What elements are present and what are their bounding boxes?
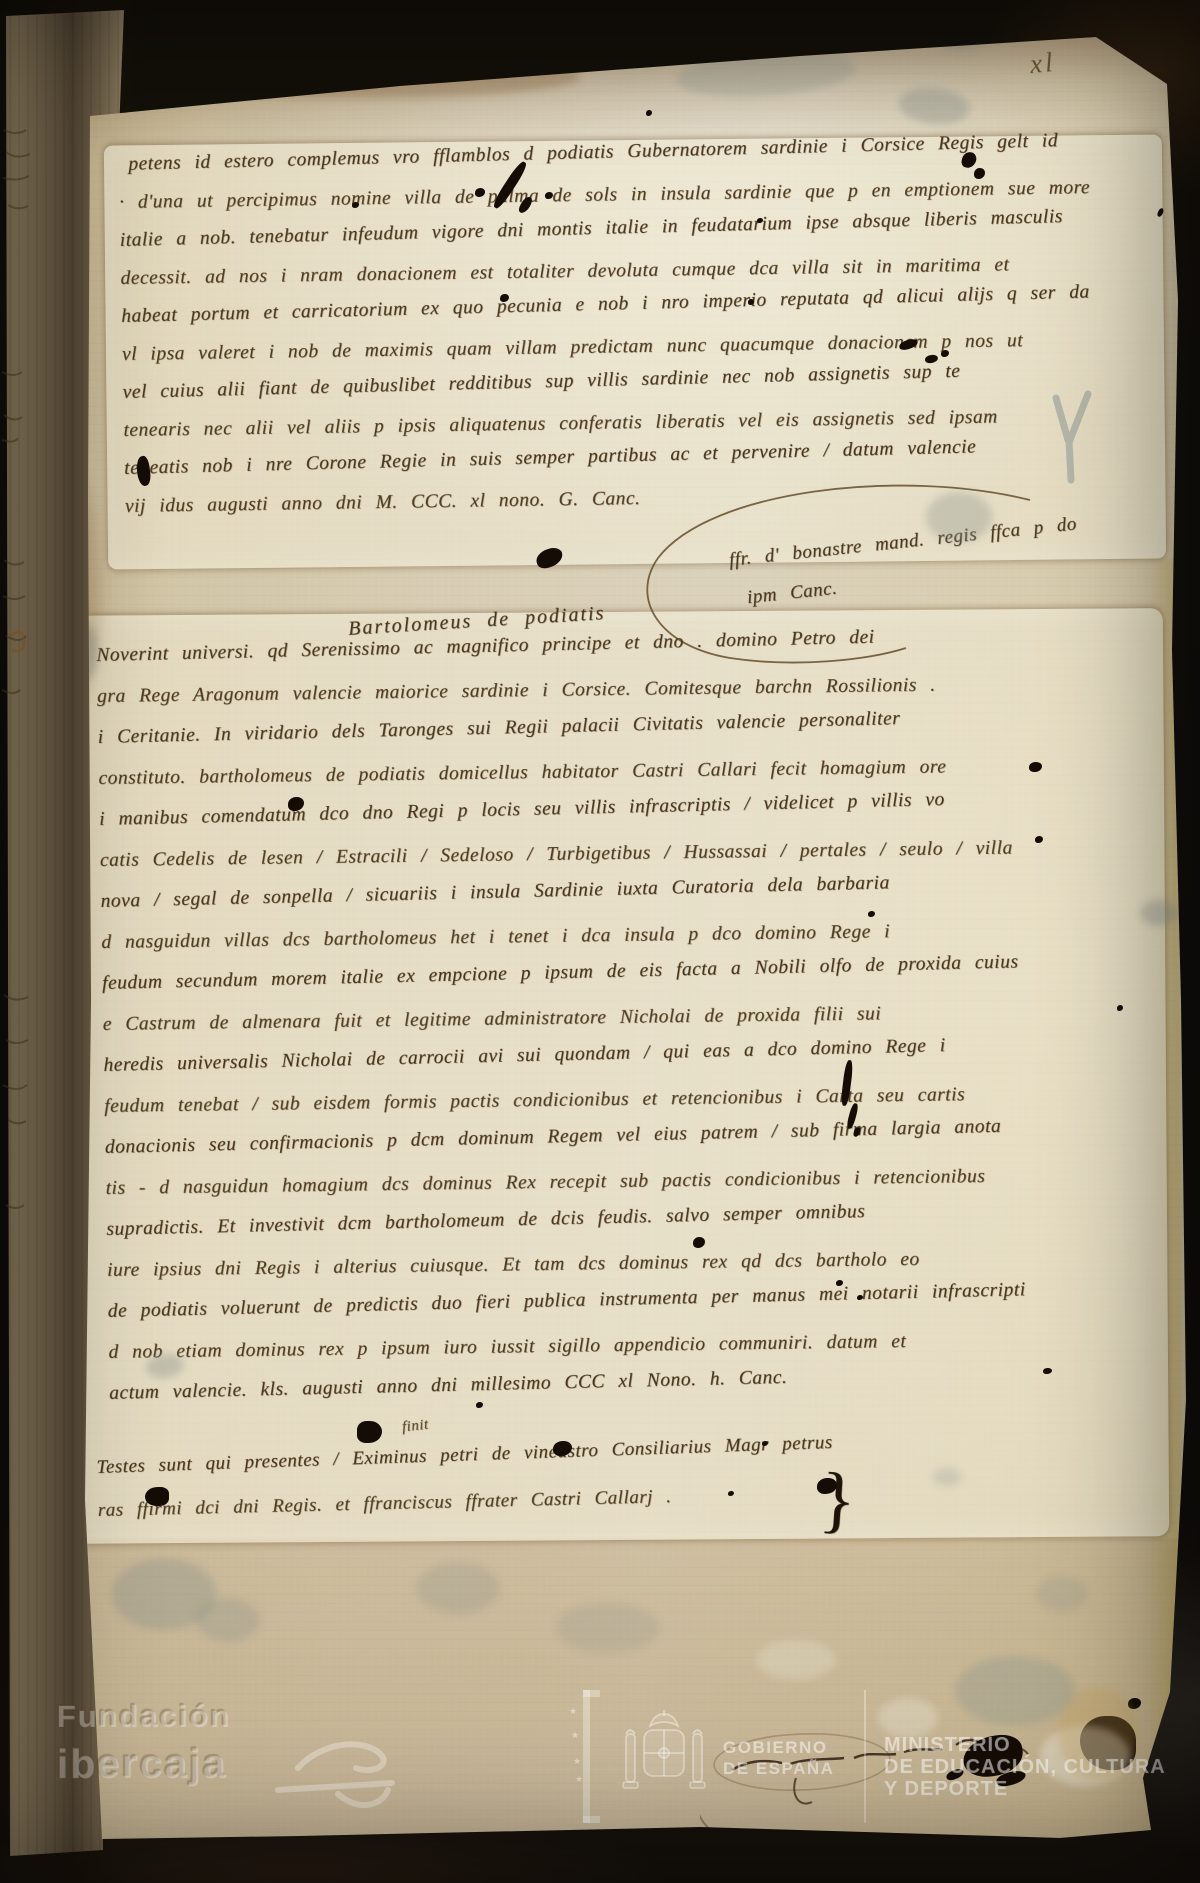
grey-correction-mark: [1048, 388, 1108, 488]
grey-stain: [933, 1468, 961, 1486]
grey-stain: [1140, 900, 1178, 926]
grey-stain: [556, 1602, 660, 1654]
manuscript-photo: xl petens id estero complemus vro fflamb…: [0, 0, 1200, 1883]
ink-blot: [145, 1487, 169, 1506]
grey-stain: [196, 1598, 260, 1642]
grey-stain: [926, 492, 992, 542]
folio-number: xl: [1029, 47, 1057, 80]
witness-brace: }: [817, 1457, 859, 1544]
grey-stain: [955, 1656, 1075, 1726]
chalk-patch: [756, 1640, 836, 1680]
grey-stain: [1036, 1576, 1088, 1612]
chalk-patch: [878, 1698, 938, 1738]
parchment-page: xl petens id estero complemus vro fflamb…: [0, 0, 1200, 1883]
notarial-act-block: Noverint universi. qd Serenissimo ac mag…: [96, 617, 1149, 1414]
finit-mark: finit: [401, 1417, 429, 1437]
grey-stain: [416, 1562, 500, 1614]
brown-stain: [1058, 1688, 1138, 1780]
